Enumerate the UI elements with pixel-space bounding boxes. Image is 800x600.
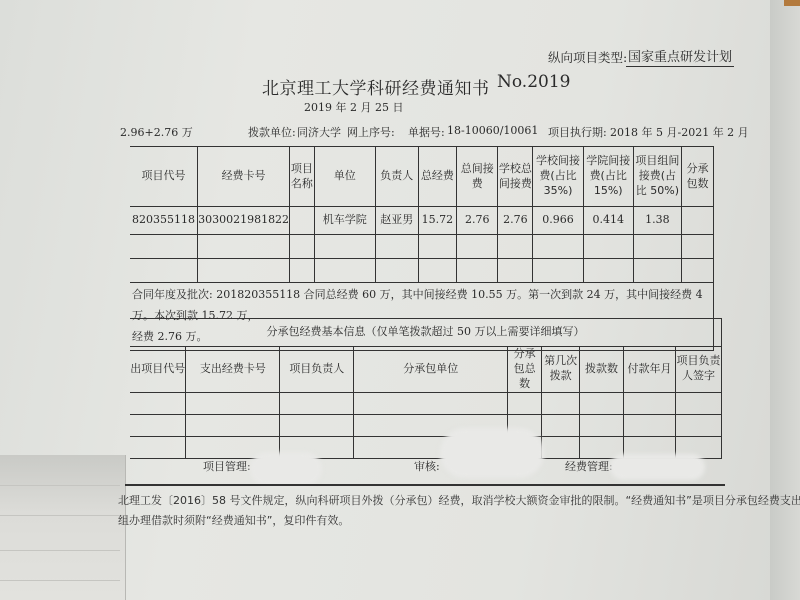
amount: 2.96+2.76 万 [120,124,193,140]
col-header: 项目负责人签字 [675,347,721,393]
payer-value: 同济大学 [297,124,341,140]
subcontract-title-row: 分承包经费基本信息（仅单笔拨款超过 50 万以上需要详细填写） [130,319,722,347]
table-cell [542,392,580,414]
table-cell [130,235,198,259]
subcontract-table: 分承包经费基本信息（仅单笔拨款超过 50 万以上需要详细填写） 出项目代号 支出… [130,318,722,459]
col-header: 总经费 [418,147,456,207]
table-row [130,392,722,414]
table-row: 820355118 3030021981822 机车学院 赵亚男 15.72 2… [130,207,714,235]
table-cell [314,235,375,259]
table-cell [542,436,580,458]
table-cell [280,392,354,414]
period-label: 项目执行期: [548,124,607,140]
table-cell [533,235,583,259]
document-title: 北京理工大学科研经费通知书 [262,74,490,99]
cell-school-indirect: 0.966 [533,207,583,235]
table-cell [457,259,498,283]
table-header-row: 出项目代号 支出经费卡号 项目负责人 分承包单位 分承包总数 第几次拨款 拨款数… [130,347,722,393]
table-cell [583,259,633,283]
col-header: 拨款数 [580,347,624,393]
table-cell [633,259,681,283]
serial-number: No.2019 [497,72,570,92]
col-header: 经费卡号 [198,147,290,207]
table-cell [457,235,498,259]
table-cell [418,235,456,259]
table-cell [681,259,713,283]
table-cell [314,259,375,283]
table-cell [580,392,624,414]
col-header: 付款年月 [624,347,676,393]
cell-unit: 机车学院 [314,207,375,235]
review-label: 审核: [414,458,440,474]
table-cell [681,235,713,259]
receipt-value: 18-10060/10061 [447,124,538,137]
table-cell [290,235,315,259]
table-cell [624,414,676,436]
col-header: 总间接费 [457,147,498,207]
table-cell [130,392,186,414]
period-value: 2018 年 5 月-2021 年 2 月 [610,124,749,140]
table-cell [533,259,583,283]
table-cell [198,235,290,259]
table-row [130,414,722,436]
col-header: 项目名称 [290,147,315,207]
project-type-label: 纵向项目类型: [548,48,627,66]
table-cell [280,414,354,436]
table-cell [290,259,315,283]
footnote-line1: 北理工发〔2016〕58 号文件规定，纵向科研项目外拨（分承包）经费，取消学校大… [118,492,800,508]
table-cell [542,414,580,436]
cell-total-fund: 15.72 [418,207,456,235]
cell-group-indirect: 1.38 [633,207,681,235]
redacted-signature [250,452,322,486]
cell-school-total-indirect: 2.76 [498,207,533,235]
table-row [130,235,714,259]
table-cell [130,414,186,436]
col-header: 第几次拨款 [542,347,580,393]
col-header: 学校间接费(占比 35%) [533,147,583,207]
footnote-line2: 组办理借款时须附“经费通知书”，复印件有效。 [118,512,349,528]
table-cell [375,259,418,283]
issue-date: 2019 年 2 月 25 日 [304,99,403,115]
col-header: 支出经费卡号 [186,347,280,393]
cell-project-code: 820355118 [130,207,198,235]
table-cell [633,235,681,259]
col-header: 单位 [314,147,375,207]
corner-tab [784,0,800,6]
col-header: 负责人 [375,147,418,207]
receipt-label: 单据号: [408,124,445,140]
table-cell [675,414,721,436]
table-cell [675,392,721,414]
project-type-value: 国家重点研发计划 [626,46,734,67]
project-mgmt-label: 项目管理: [203,458,251,474]
cell-college-indirect: 0.414 [583,207,633,235]
table-cell [583,235,633,259]
table-cell [498,259,533,283]
table-cell [418,259,456,283]
table-cell [624,392,676,414]
table-cell [354,392,508,414]
table-cell [508,392,542,414]
col-header: 项目代号 [130,147,198,207]
online-seq-label: 网上序号: [347,124,395,140]
table-row [130,259,714,283]
table-cell [130,259,198,283]
fund-mgmt-label: 经费管理: [565,458,613,474]
divider [125,484,725,486]
col-header: 学校总间接费 [498,147,533,207]
paper-edge [770,0,800,600]
table-header-row: 项目代号 经费卡号 项目名称 单位 负责人 总经费 总间接费 学校总间接费 学校… [130,147,714,207]
table-cell [198,259,290,283]
col-header: 项目组间接费(占比 50%) [633,147,681,207]
col-header: 学院间接费(占比 15%) [583,147,633,207]
cell-leader: 赵亚男 [375,207,418,235]
col-header: 项目负责人 [280,347,354,393]
col-header: 出项目代号 [130,347,186,393]
table-cell [186,414,280,436]
col-header: 分承包单位 [354,347,508,393]
cell-subcontract-count [681,207,713,235]
payer-label: 拨款单位: [248,124,296,140]
table-cell [580,414,624,436]
cell-fund-card: 3030021981822 [198,207,290,235]
table-cell [375,235,418,259]
redacted-signature [610,454,705,480]
table-cell [498,235,533,259]
cell-total-indirect: 2.76 [457,207,498,235]
underlying-sheet [0,455,126,600]
table-cell [130,436,186,458]
col-header: 分承包总数 [508,347,542,393]
redacted-signature [440,428,544,478]
subcontract-title: 分承包经费基本信息（仅单笔拨款超过 50 万以上需要详细填写） [130,319,722,347]
table-cell [186,392,280,414]
cell-project-name [290,207,315,235]
col-header: 分承包数 [681,147,713,207]
